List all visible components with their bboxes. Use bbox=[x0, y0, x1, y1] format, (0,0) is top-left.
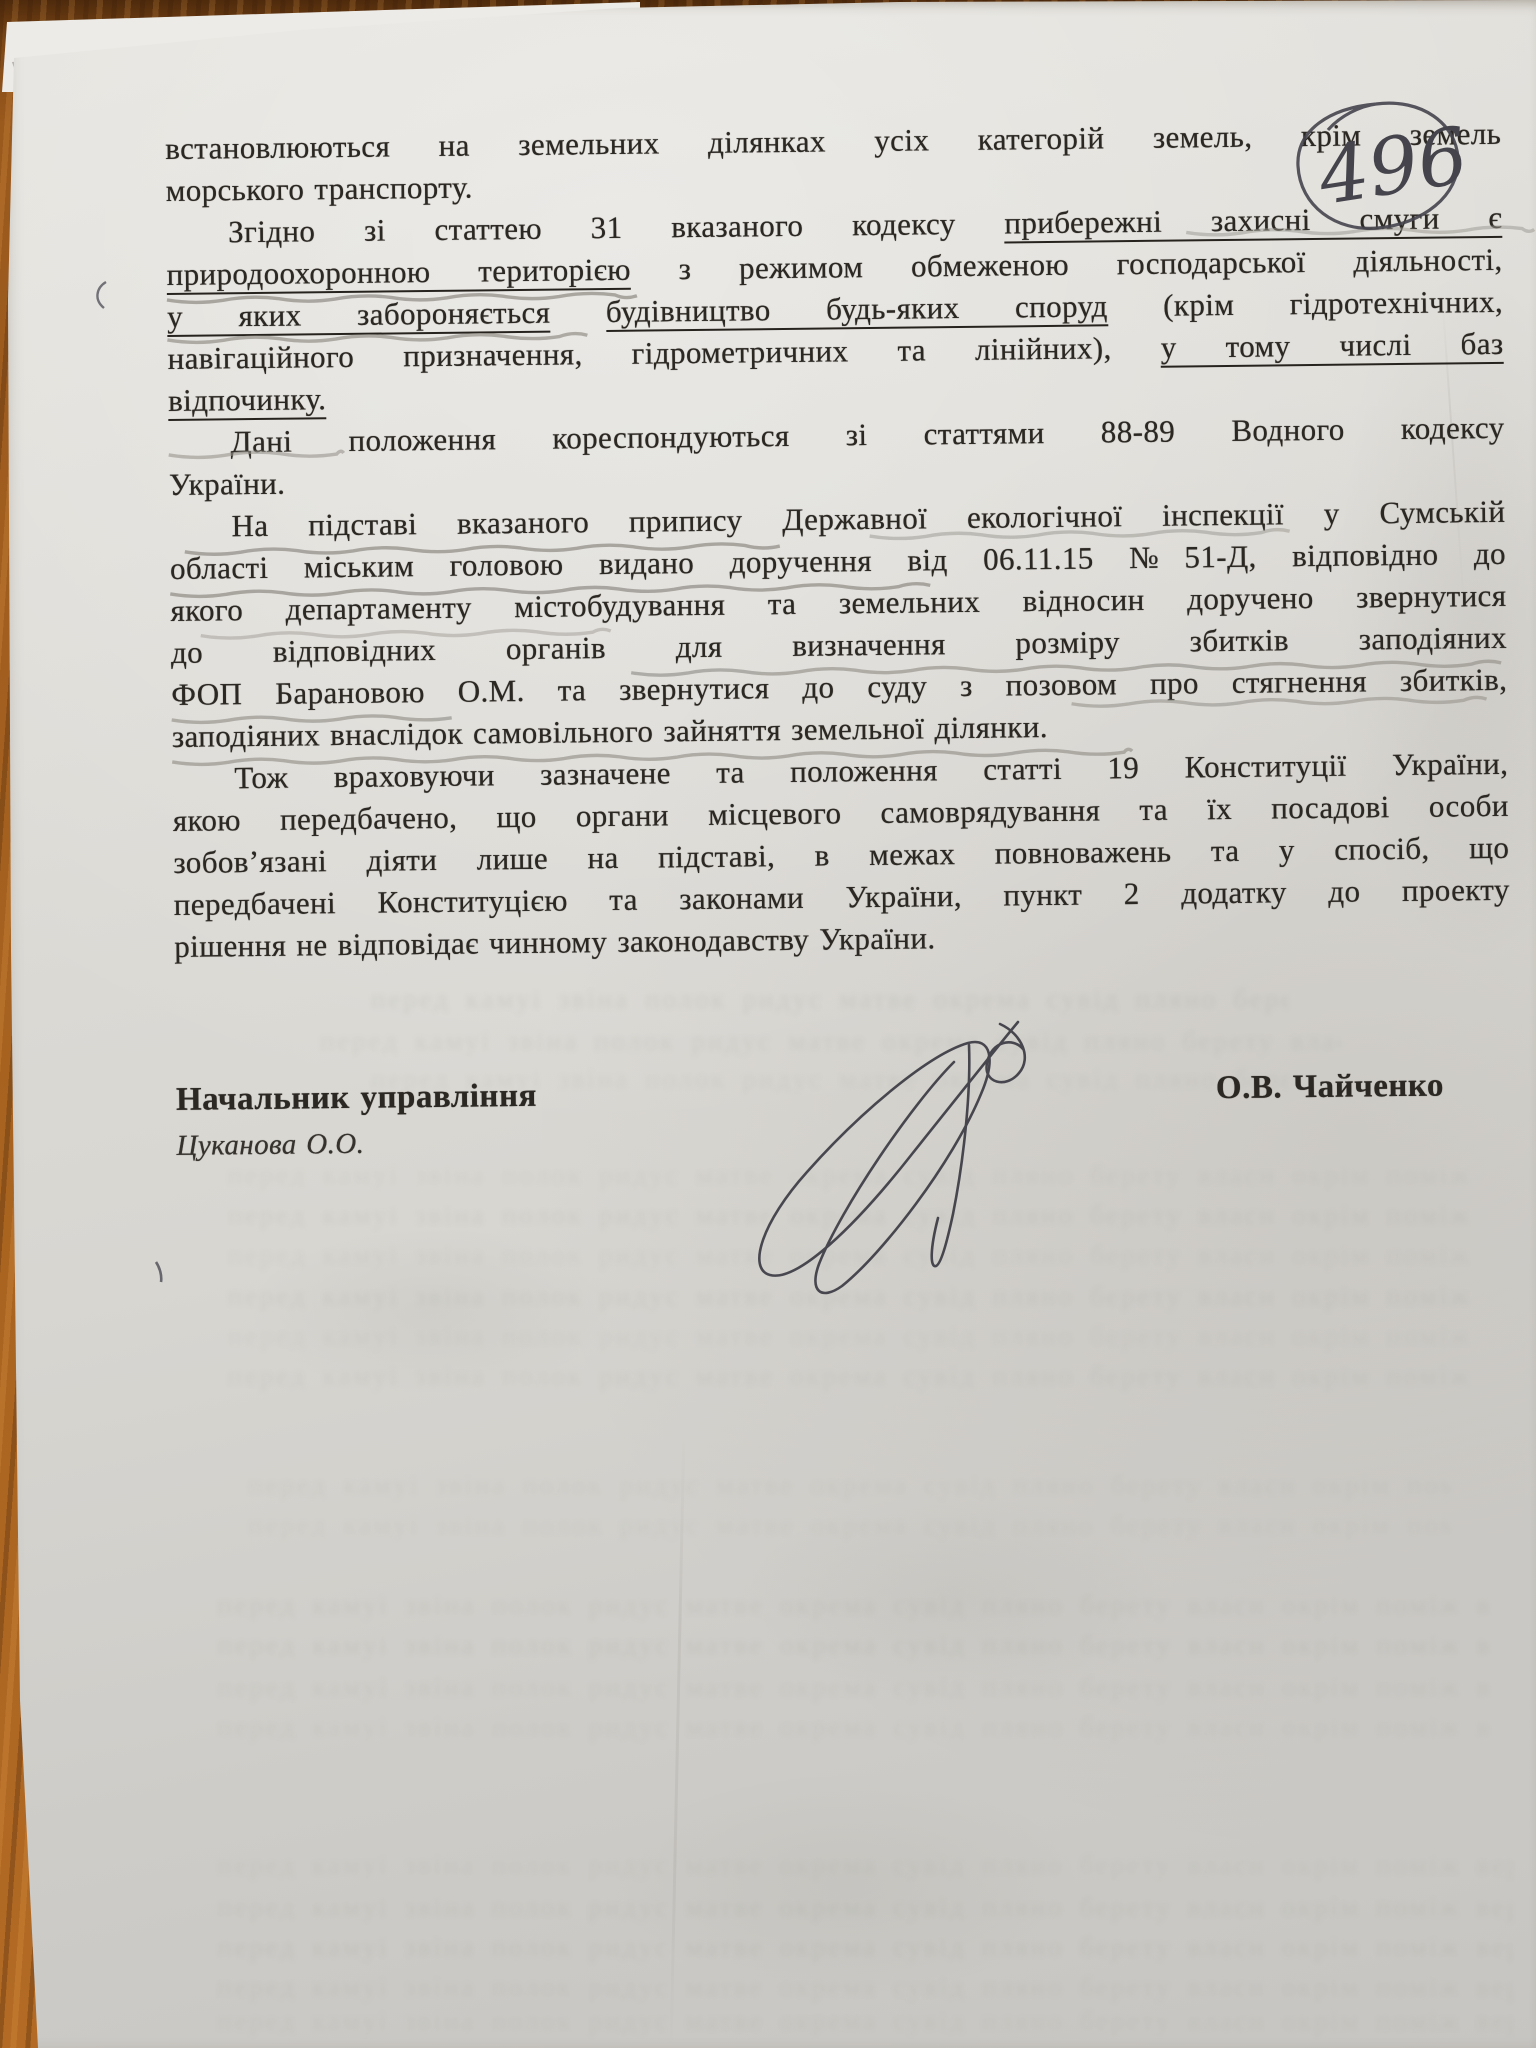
handwritten-signature bbox=[700, 1012, 1160, 1322]
bleedthrough-line: перед камуі звіна полок ридус матве окре… bbox=[217, 1892, 1512, 1922]
executor-name: Цуканова О.О. bbox=[176, 1126, 537, 1163]
bleedthrough-line: перед камуі звіна полок ридус матве окре… bbox=[248, 1510, 1452, 1540]
bleedthrough-line: перед камуі звіна полок ридус матве окре… bbox=[218, 1590, 1493, 1620]
stray-pen-mark bbox=[152, 1258, 172, 1288]
pencil-squiggle bbox=[167, 293, 637, 303]
pencil-squiggle bbox=[201, 629, 611, 638]
document-body: встановлюються на земельних ділянках усі… bbox=[165, 113, 1513, 1163]
pencil-underline-marks bbox=[165, 113, 1511, 1028]
bleedthrough-line: перед камуі звіна полок ридус матве окре… bbox=[217, 1850, 1512, 1880]
signer-position-title: Начальник управління bbox=[176, 1078, 537, 1119]
pencil-squiggle bbox=[172, 749, 1132, 764]
page-number: 496 bbox=[1312, 111, 1474, 223]
bleedthrough-line: перед камуі звіна полок ридус матве окре… bbox=[228, 1361, 1483, 1391]
pencil-squiggle bbox=[169, 451, 344, 458]
pencil-squiggle bbox=[167, 333, 587, 342]
bleedthrough-line: перед камуі звіна полок ридус матве окре… bbox=[218, 1630, 1493, 1660]
document-page: перед камуі звіна полок ридус матве окре… bbox=[0, 0, 1536, 2048]
pencil-squiggle bbox=[170, 584, 930, 597]
pencil-squiggle bbox=[870, 529, 1290, 538]
signature-left-column: Начальник управління Цуканова О.О. bbox=[176, 1078, 538, 1163]
bleedthrough-line: перед камуі звіна полок ридус матве окре… bbox=[218, 1712, 1493, 1742]
bleedthrough-line: перед камуі звіна полок ридус матве окре… bbox=[218, 1672, 1493, 1702]
pencil-squiggle bbox=[631, 661, 1501, 675]
bleedthrough-line: перед камуі звіна полок ридус матве окре… bbox=[228, 1321, 1483, 1351]
bleedthrough-line: перед камуі звіна полок ридус матве окре… bbox=[248, 1470, 1452, 1500]
bleedthrough-line: перед камуі звіна полок ридус матве окре… bbox=[217, 2006, 1512, 2036]
bleedthrough-line: перед камуі звіна полок ридус матве окре… bbox=[217, 1932, 1512, 1962]
pencil-squiggle bbox=[172, 715, 452, 723]
stray-pen-mark bbox=[92, 278, 122, 318]
signer-name: О.В. Чайченко bbox=[1216, 1068, 1444, 1108]
document-photo-scene: перед камуі звіна полок ридус матве окре… bbox=[0, 0, 1536, 2048]
page-number-stamp: 496 bbox=[1290, 96, 1470, 246]
bleedthrough-line: перед камуі звіна полок ридус матве окре… bbox=[217, 1972, 1512, 2002]
pencil-squiggle bbox=[1072, 697, 1487, 706]
pencil-squiggle bbox=[185, 543, 780, 554]
